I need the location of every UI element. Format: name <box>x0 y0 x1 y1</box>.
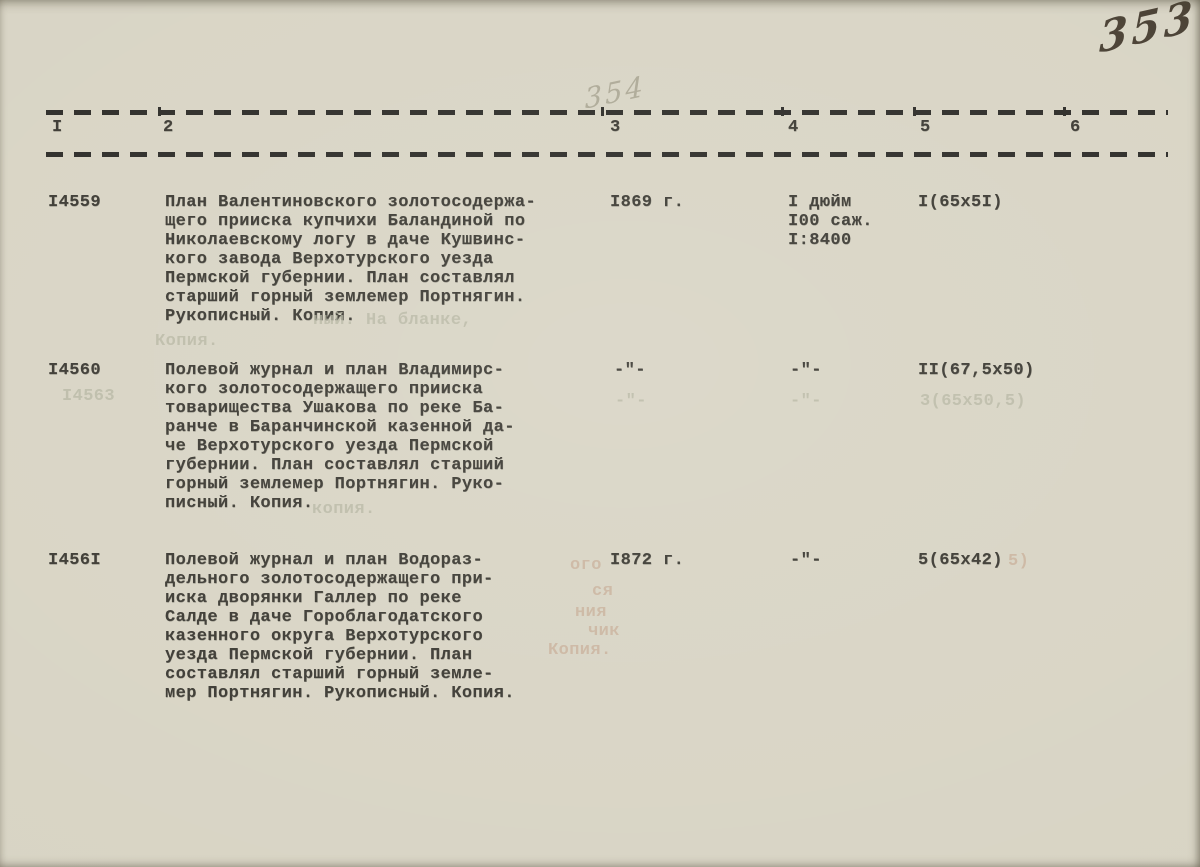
entry-scale: I дюйм I00 саж. I:8400 <box>788 193 873 250</box>
entry-number: I4559 <box>48 193 101 212</box>
ghost-text: ся <box>592 582 613 601</box>
entry-year: I869 г. <box>610 193 684 212</box>
column-header-6: 6 <box>1070 118 1081 137</box>
ghost-text: Копия. <box>155 332 219 351</box>
column-header-5: 5 <box>920 118 931 137</box>
entry-scale-ditto: -"- <box>790 551 822 570</box>
entry-description: Полевой журнал и план Водораз- дельного … <box>165 551 567 703</box>
ghost-text: чик <box>588 622 620 641</box>
entry-number: I456I <box>48 551 101 570</box>
ghost-text: Копия. <box>548 641 612 660</box>
ghost-text: копия. <box>312 500 376 519</box>
handwritten-pencil-number: 354 <box>584 69 646 115</box>
entry-description: План Валентиновского золотосодержа- щего… <box>165 193 567 326</box>
column-divider-tick <box>158 107 161 116</box>
ghost-text: -"- <box>790 392 822 411</box>
ghost-text: I4563 <box>62 387 115 406</box>
ghost-text: ния <box>575 603 607 622</box>
entry-size: 5(65x42) <box>918 551 1003 570</box>
column-divider-tick <box>1063 107 1066 116</box>
ghost-text: 3(65x50,5) <box>920 392 1026 411</box>
entry-year-ditto: -"- <box>614 361 646 380</box>
column-divider-tick <box>601 107 604 116</box>
entry-size: II(67,5x50) <box>918 361 1035 380</box>
scanned-inventory-page: 353 354 I 2 3 4 5 6 I4559 План Валентино… <box>0 0 1200 867</box>
table-top-rule <box>46 110 1168 115</box>
column-header-3: 3 <box>610 118 621 137</box>
ghost-text: -"- <box>615 392 647 411</box>
column-divider-tick <box>781 107 784 116</box>
handwritten-page-number: 353 <box>1099 0 1197 63</box>
ghost-text: ого <box>570 556 602 575</box>
column-header-2: 2 <box>163 118 174 137</box>
entry-description: Полевой журнал и план Владимирс- кого зо… <box>165 361 567 513</box>
entry-year: I872 г. <box>610 551 684 570</box>
ghost-text: ный. На бланке, <box>313 311 472 330</box>
entry-size: I(65x5I) <box>918 193 1003 212</box>
entry-number: I4560 <box>48 361 101 380</box>
entry-scale-ditto: -"- <box>790 361 822 380</box>
table-header-rule <box>46 152 1168 157</box>
ghost-text: 5) <box>1008 552 1029 571</box>
column-divider-tick <box>913 107 916 116</box>
column-header-1: I <box>52 118 63 137</box>
column-header-4: 4 <box>788 118 799 137</box>
